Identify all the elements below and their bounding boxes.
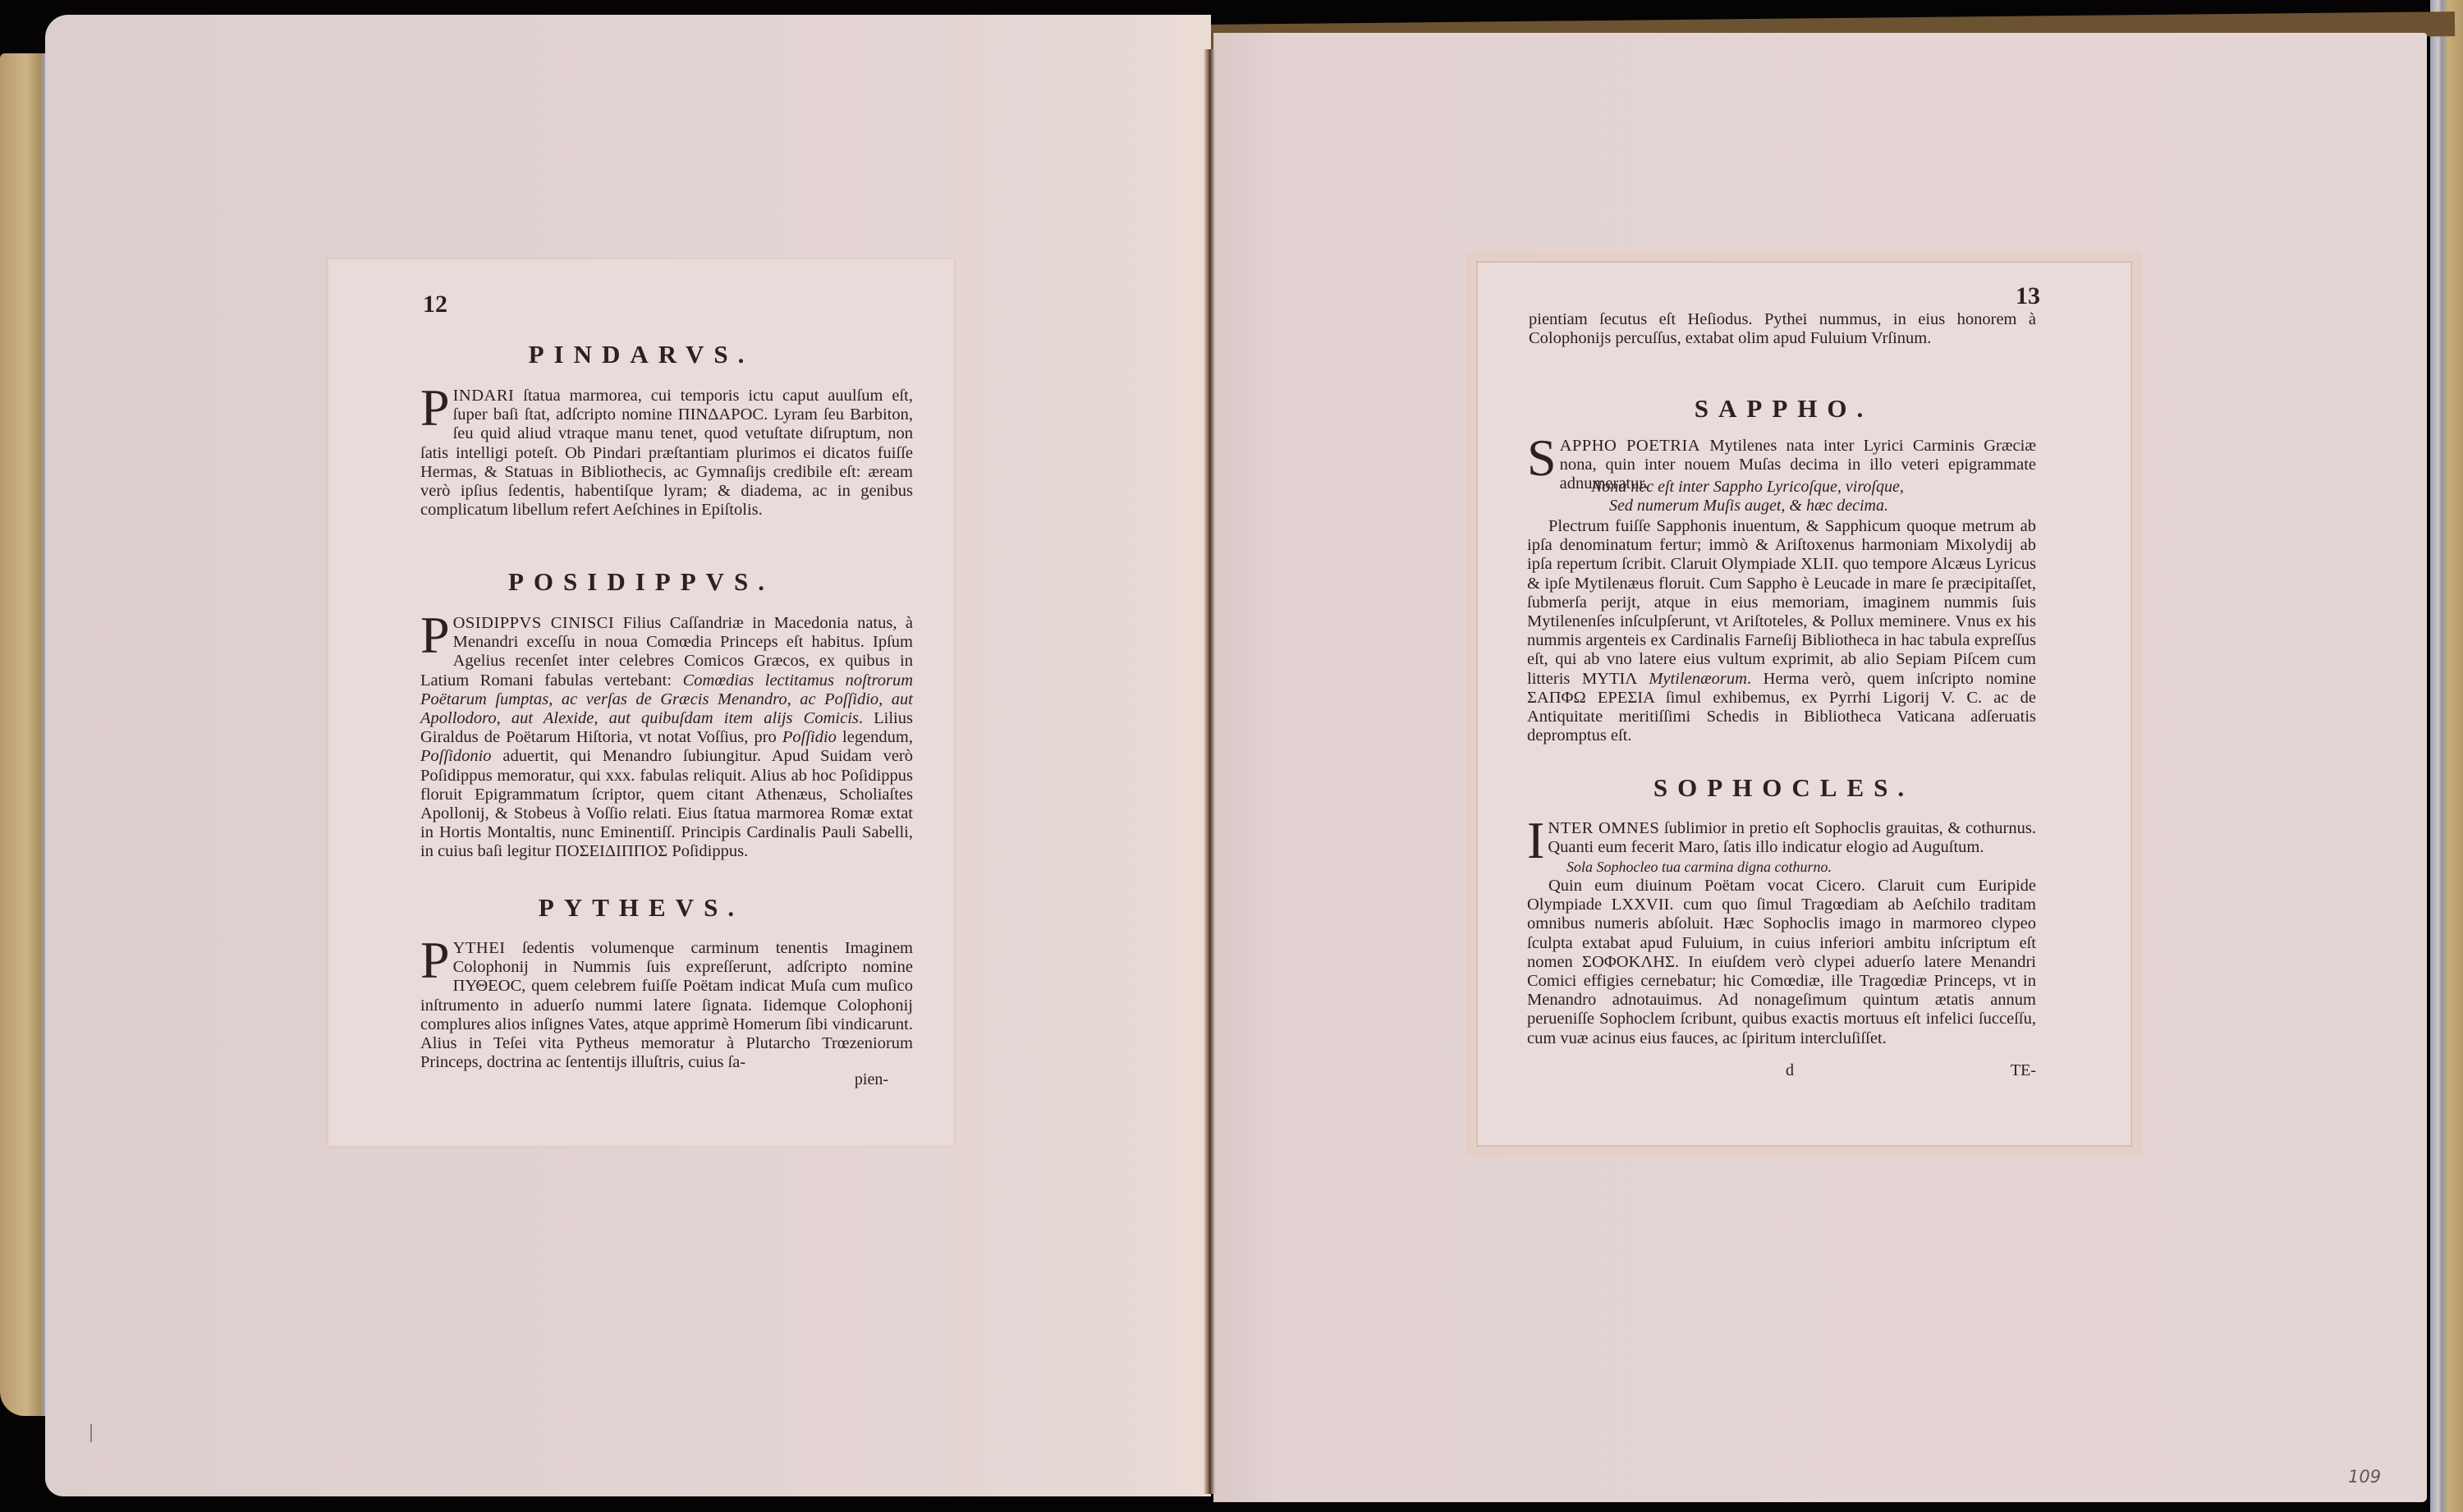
section-heading-pytheus: PYTHEVS. bbox=[328, 893, 954, 923]
dropcap: P bbox=[420, 388, 450, 428]
section-body-sappho: Plectrum fuiſſe Sapphonis inuentum, & Sa… bbox=[1527, 517, 2036, 745]
continuation-text: pientiam ſecutus eſt Heſiodus. Pythei nu… bbox=[1529, 310, 2036, 348]
section-body-pindarus: PINDARI ſtatua marmorea, cui temporis ic… bbox=[420, 387, 913, 520]
dropcap: I bbox=[1527, 821, 1544, 860]
verse-line: Sed numerum Muſis auget, & hæc decima. bbox=[1609, 497, 1888, 515]
section-body-pytheus: PYTHEI ſedentis volumenque carminum tene… bbox=[420, 939, 913, 1072]
pencil-folio-number: 109 bbox=[2348, 1467, 2381, 1487]
page-number: 12 bbox=[423, 291, 447, 318]
signature-mark: d bbox=[1786, 1061, 1794, 1080]
section-body-posidippus: POSIDIPPVS CINISCI Filius Caſſandriæ in … bbox=[420, 614, 913, 862]
verse-line: Nona nec eſt inter Sappho Lyricoſque, vi… bbox=[1591, 478, 1904, 497]
dropcap: S bbox=[1527, 438, 1557, 478]
left-leaf: 12 PINDARVS. PINDARI ſtatua marmorea, cu… bbox=[328, 259, 954, 1146]
section-body-sophocles: Quin eum diuinum Poëtam vocat Cicero. Cl… bbox=[1527, 877, 2036, 1048]
pencil-mark bbox=[90, 1424, 92, 1442]
right-leaf: 13 pientiam ſecutus eſt Heſiodus. Pythei… bbox=[1478, 263, 2130, 1145]
section-heading-sophocles: SOPHOCLES. bbox=[1478, 773, 2130, 803]
verse-line: Sola Sophocleo tua carmina digna cothurn… bbox=[1566, 858, 1832, 877]
dropcap: P bbox=[420, 616, 450, 655]
section-heading-posidippus: POSIDIPPVS. bbox=[328, 567, 954, 597]
book-binding-right bbox=[2430, 0, 2463, 1512]
catchword: pien- bbox=[855, 1070, 888, 1089]
page-number: 13 bbox=[2016, 282, 2040, 310]
book-gutter bbox=[1204, 49, 1215, 1494]
section-heading-sappho: SAPPHO. bbox=[1478, 394, 2130, 424]
section-body-sophocles-intro: INTER OMNES ſublimior in pretio eſt Soph… bbox=[1527, 819, 2036, 860]
section-heading-pindarus: PINDARVS. bbox=[328, 340, 954, 369]
dropcap: P bbox=[420, 941, 450, 980]
catchword: TE- bbox=[2011, 1061, 2036, 1080]
